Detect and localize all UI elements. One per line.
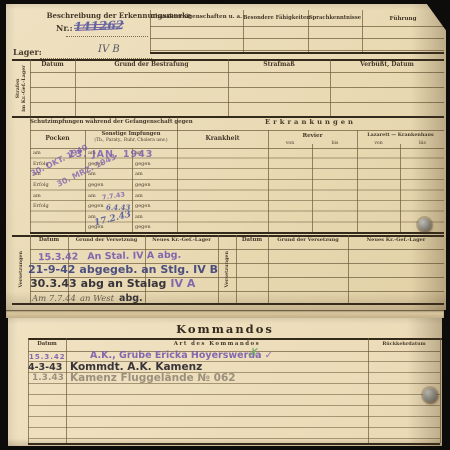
col-illness: Krankheit [177, 136, 268, 143]
section-border [28, 338, 442, 340]
illness-rows [177, 148, 268, 233]
row-label: am [132, 169, 177, 180]
col-infirmary: Revier [268, 133, 357, 139]
col-other-vaccinations-sub: (Tb., Paraty., Ruhr, Cholera usw.) [85, 139, 177, 144]
hospital-from: von [357, 141, 400, 146]
row-label: gegen [132, 180, 177, 191]
grid-line [150, 38, 444, 39]
punishments-col-reason: Grund der Bestrafung [75, 62, 228, 69]
empty-row [30, 212, 85, 223]
grid-line [30, 102, 444, 103]
transfers-col-date: Datum [236, 238, 268, 244]
transfer-entry: 30.3.43abg an StalagIV A [30, 277, 195, 290]
section-border [28, 443, 440, 445]
infirmary-to: bis [313, 141, 357, 146]
scanned-pow-record: Beschreibung der Erkennungsmarke Nr.: 14… [0, 0, 450, 450]
transfer-entry: 21-9-42abgegeb. an Stlg. IV B [28, 263, 218, 276]
transfers-col-date: Datum [30, 238, 68, 244]
side-label-line1: Strafen [15, 78, 21, 98]
col-smallpox: Pocken [30, 136, 85, 143]
kommandos-card: Kommandos Datum Art des Kommandos Rückke… [8, 318, 442, 446]
grid-line [348, 235, 349, 304]
kommando-date: 15.3.42 [29, 353, 66, 361]
traits-col-conduct: Führung [362, 16, 444, 22]
kommandos-col-return: Rückkehrdatum [368, 342, 440, 347]
grid-line-heavy [150, 52, 444, 54]
side-label: Versetzungen [224, 251, 230, 287]
kommando-date: 1.3.43 [32, 373, 64, 383]
transfer-text: abg an Stalag [81, 277, 167, 290]
col-hospital: Lazarett — Krankenhaus [357, 133, 444, 138]
other-vaccination-rows-b: am gegen am gegen am gegen am gegen [132, 148, 177, 233]
row-label: Erfolg [30, 201, 85, 212]
hospital-to: bis [401, 141, 444, 146]
section-border [12, 116, 444, 118]
transfer-entry: Am 7.7.44an Westabg. [32, 293, 143, 304]
kommandos-col-type: Art des Kommandos [66, 342, 368, 348]
infirmary-from: von [268, 141, 312, 146]
transfer-entry: 15.3.42An Stal. IV A abg. [38, 250, 181, 263]
grid-line [150, 26, 444, 27]
kommando-text: A.K., Grube Ericka Hoyerswerda ✓ [90, 350, 273, 361]
transfers-col-new-camp: Neues Kr.-Gef.-Lager [145, 238, 218, 244]
transfer-abg-stamp: abg. [119, 293, 143, 304]
grid-line [440, 338, 441, 443]
grid-line [268, 235, 269, 304]
traits-col-languages: Sprachkenntnisse [308, 16, 362, 22]
punishments-col-sentence: Strafmaß [228, 62, 330, 69]
transfer-text: abgegeb. an Stlg. IV B [79, 263, 218, 276]
row-label: am [30, 191, 85, 202]
metal-grommet [423, 388, 437, 402]
vaccinations-header: Schutzimpfungen während der Gefangenscha… [30, 120, 177, 126]
transfer-text: an West [80, 294, 114, 304]
infirmary-rows [268, 148, 357, 233]
side-label: Versetzungen [18, 251, 24, 287]
camp-label: Lager: [13, 48, 42, 57]
transfer-date: 21-9-42 [28, 263, 75, 276]
col-other-vaccinations: Sonstige Impfungen [85, 132, 177, 138]
id-nr-label: Nr.: [56, 24, 73, 33]
transfers-side-label-right: Versetzungen [218, 235, 236, 304]
punishments-col-date: Datum [30, 62, 75, 69]
transfer-date: 15.3.42 [38, 252, 78, 264]
row-label: gegen [132, 159, 177, 170]
record-card-front: Beschreibung der Erkennungsmarke Nr.: 14… [6, 4, 446, 310]
kommandos-col-date: Datum [28, 342, 66, 348]
traits-col-abilities: Besondere Fähigkeiten [243, 16, 308, 22]
row-label: gegen [132, 201, 177, 212]
row-label: am [132, 212, 177, 223]
grid-line [30, 72, 444, 73]
transfer-camp-overstamp: IV A [170, 277, 195, 290]
row-label: am [132, 191, 177, 202]
transfers-col-reason: Grund der Versetzung [268, 238, 348, 244]
id-nr-value: 141262 [74, 18, 125, 34]
camp-value: IV B [98, 44, 120, 55]
grid-line [30, 130, 444, 131]
grid-line [236, 235, 237, 304]
transfer-date: 30.3.43 [30, 277, 77, 290]
punishments-col-served: Verbüßt, Datum [330, 62, 444, 69]
row-label: gegen [85, 180, 132, 191]
transfers-col-reason: Grund der Versetzung [68, 238, 145, 244]
illnesses-header: Erkrankungen [177, 119, 444, 126]
grid-line [150, 50, 444, 51]
dotted-line [66, 35, 148, 37]
punishments-side-label: Strafen im Kr.-Gef.-Lager [12, 59, 30, 117]
fold-shadow [6, 310, 444, 318]
grid-line [30, 291, 444, 292]
traits-col-characteristics: Charaktereigenschaften u. a. [150, 14, 243, 20]
grid-line [30, 87, 444, 88]
hospital-rows [357, 148, 444, 233]
kommandos-title: Kommandos [8, 323, 442, 336]
transfer-text: An Stal. IV A abg. [87, 250, 181, 263]
transfers-col-new-camp: Neues Kr.-Gef.-Lager [348, 238, 444, 244]
section-border [30, 232, 444, 234]
side-label-line2: im Kr.-Gef.-Lager [21, 65, 27, 112]
kommando-date: 4-3-43 [28, 362, 62, 373]
grid-line [30, 249, 444, 250]
metal-grommet [418, 218, 431, 231]
green-check-mark: ✗ [247, 345, 260, 361]
kommando-text: Kamenz Fluggelände № 062 [70, 372, 236, 384]
transfer-date: Am 7.7.44 [32, 294, 76, 304]
